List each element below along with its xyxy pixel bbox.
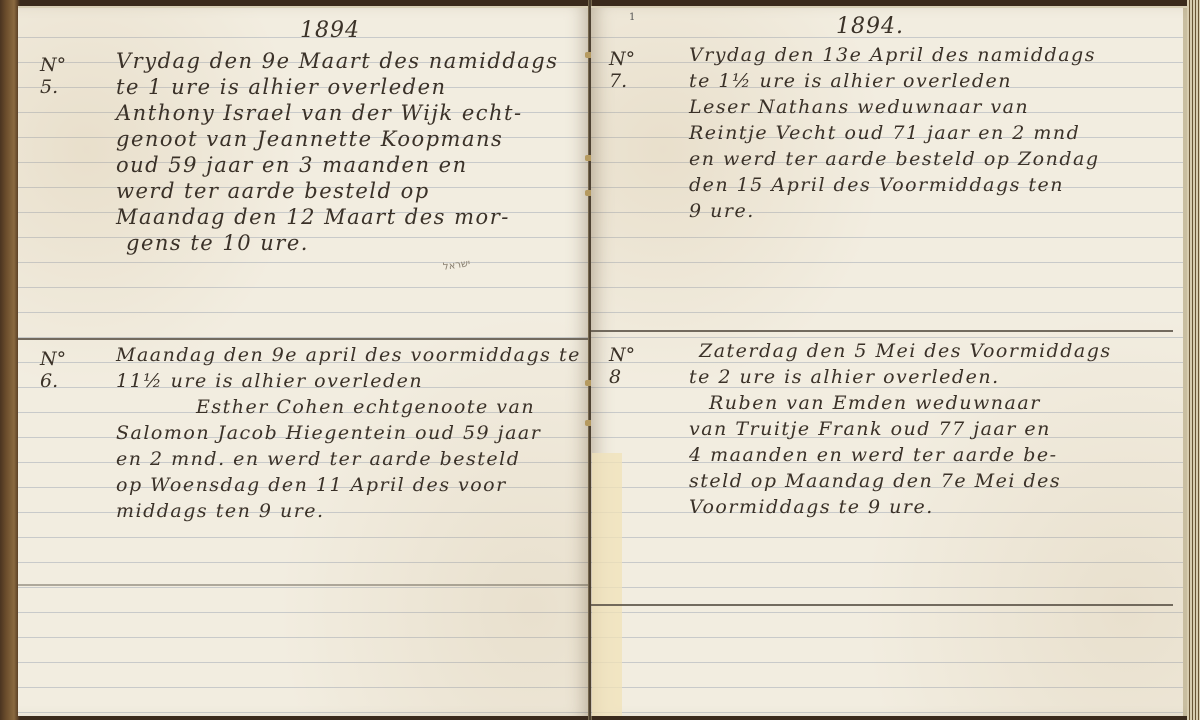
- entry-line: Esther Cohen echtgenoote van: [196, 396, 535, 418]
- inserted-paper-strip: [592, 453, 622, 716]
- entry-line: oud 59 jaar en 3 maanden en: [116, 153, 468, 177]
- pencil-annotation: ישראל: [442, 258, 471, 273]
- entry-line: Maandag den 12 Maart des mor-: [116, 205, 510, 229]
- entry-divider: [591, 604, 1173, 606]
- entry-line: Leser Nathans weduwnaar van: [689, 96, 1029, 118]
- entry-line: den 15 April des Voormiddags ten: [689, 174, 1064, 196]
- page-mark: 1: [629, 12, 635, 23]
- right-page: 1 1894. N° 7. Vrydag den 13e April des n…: [591, 6, 1187, 716]
- left-page-year: 1894: [300, 18, 360, 43]
- entry-line: en 2 mnd. en werd ter aarde besteld: [116, 448, 520, 470]
- entry-line: van Truitje Frank oud 77 jaar en: [689, 418, 1051, 440]
- entry-line: 4 maanden en werd ter aarde be-: [689, 444, 1058, 466]
- entry-divider: [18, 338, 589, 340]
- entry-line: middags ten 9 ure.: [116, 500, 325, 522]
- entry-line: Anthony Israel van der Wijk echt-: [116, 101, 523, 125]
- entry-line: gens te 10 ure.: [126, 231, 309, 255]
- entry-line: genoot van Jeannette Koopmans: [116, 127, 503, 151]
- entry-divider: [591, 330, 1173, 332]
- entry-line: Maandag den 9e april des voormiddags te: [116, 344, 581, 366]
- page-edges: [1187, 0, 1200, 720]
- entry-line: Ruben van Emden weduwnaar: [709, 392, 1041, 414]
- entry-number: N° 8: [609, 344, 635, 388]
- entry-line: Vrydag den 13e April des namiddags: [689, 44, 1096, 66]
- entry-line: op Woensdag den 11 April des voor: [116, 474, 507, 496]
- right-page-year: 1894.: [836, 14, 904, 39]
- entry-number: N° 7.: [609, 48, 635, 92]
- entry-line: Voormiddags te 9 ure.: [689, 496, 934, 518]
- entry-line: werd ter aarde besteld op: [116, 179, 430, 203]
- entry-line: Vrydag den 9e Maart des namiddags: [116, 49, 559, 73]
- entry-line: en werd ter aarde besteld op Zondag: [689, 148, 1100, 170]
- entry-line: Zaterdag den 5 Mei des Voormiddags: [699, 340, 1112, 362]
- entry-number: N° 5.: [40, 54, 66, 98]
- entry-line: 11½ ure is alhier overleden: [116, 370, 423, 392]
- entry-line: steld op Maandag den 7e Mei des: [689, 470, 1061, 492]
- entry-number: N° 6.: [40, 348, 66, 392]
- entry-divider: [18, 584, 589, 586]
- entry-line: te 1½ ure is alhier overleden: [689, 70, 1012, 92]
- entry-line: Salomon Jacob Hiegentein oud 59 jaar: [116, 422, 541, 444]
- entry-line: te 1 ure is alhier overleden: [116, 75, 447, 99]
- entry-line: Reintje Vecht oud 71 jaar en 2 mnd: [689, 122, 1080, 144]
- entry-line: te 2 ure is alhier overleden.: [689, 366, 1000, 388]
- entry-line: 9 ure.: [689, 200, 755, 222]
- left-page: 1894 N° 5. Vrydag den 9e Maart des namid…: [18, 6, 589, 716]
- ledger-book: 1894 N° 5. Vrydag den 9e Maart des namid…: [0, 0, 1200, 720]
